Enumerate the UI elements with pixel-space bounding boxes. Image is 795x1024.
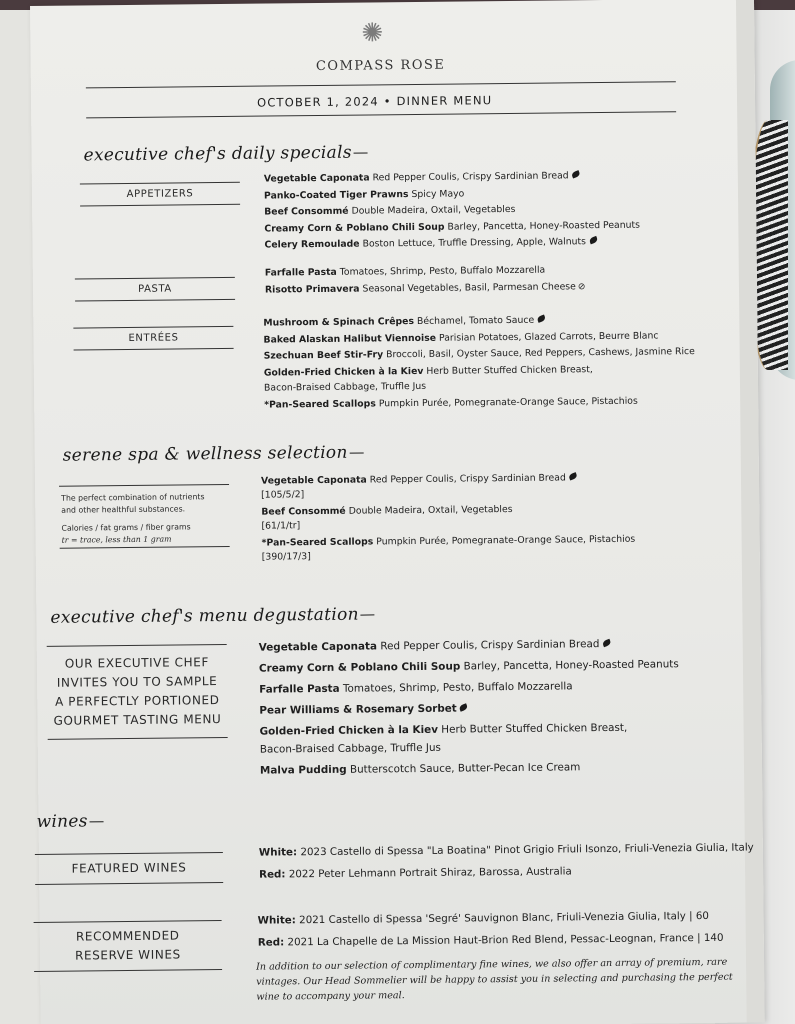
menu-item: Beef Consommé Double Madeira, Oxtail, Ve…	[261, 501, 635, 533]
spa-list: Vegetable Caponata Red Pepper Coulis, Cr…	[261, 470, 636, 567]
degustation-blurb: OUR EXECUTIVE CHEF INVITES YOU TO SAMPLE…	[47, 644, 228, 740]
leaf-icon	[602, 639, 612, 647]
menu-item: Creamy Corn & Poblano Chili Soup Barley,…	[259, 654, 679, 679]
menu-item: Golden-Fried Chicken à la Kiev Herb Butt…	[260, 717, 680, 757]
featured-wines-list: White: 2023 Castello di Spessa "La Boati…	[259, 836, 754, 885]
menu-item: Malva Pudding Butterscotch Sauce, Butter…	[260, 756, 680, 781]
section-title-spa: serene spa & wellness selection	[63, 443, 364, 466]
section-title-wines: wines	[36, 811, 103, 832]
trace-legend: tr = trace, less than 1 gram	[62, 533, 205, 547]
featured-red-wine: Red: 2022 Peter Lehmann Portrait Shiraz,…	[259, 858, 754, 885]
category-label: ENTRÉES	[73, 326, 233, 351]
leaf-icon	[459, 703, 469, 711]
menu-card: ✺ COMPASS ROSE OCTOBER 1, 2024 • DINNER …	[30, 0, 765, 1024]
category-pasta: PASTA	[75, 277, 235, 302]
divider	[86, 81, 676, 88]
menu-item: Golden-Fried Chicken à la Kiev Herb Butt…	[264, 361, 695, 395]
pasta-list: Farfalle Pasta Tomatoes, Shrimp, Pesto, …	[265, 262, 586, 299]
degustation-list: Vegetable Caponata Red Pepper Coulis, Cr…	[259, 633, 680, 781]
nutrition-values: [105/5/2]	[261, 485, 635, 502]
menu-item: *Pan-Seared Scallops Pumpkin Purée, Pome…	[262, 532, 636, 564]
sommelier-note: In addition to our selection of complime…	[256, 955, 746, 1005]
nutrition-values: [390/17/3]	[262, 547, 636, 564]
leaf-icon	[588, 236, 598, 244]
reserve-red-wine: Red: 2021 La Chapelle de La Mission Haut…	[258, 927, 724, 954]
featured-wines-label: FEATURED WINES	[35, 852, 223, 885]
no-gluten-icon: ⊘	[578, 282, 586, 292]
compass-rose-icon: ✺	[356, 17, 388, 49]
menu-item: Risotto Primavera Seasonal Vegetables, B…	[265, 279, 586, 299]
spa-description: The perfect combination of nutrients and…	[61, 491, 205, 546]
category-entrees: ENTRÉES	[73, 326, 233, 351]
restaurant-name: COMPASS ROSE	[281, 57, 481, 74]
divider	[86, 111, 676, 118]
menu-date: OCTOBER 1, 2024 • DINNER MENU	[257, 93, 492, 109]
menu-item: *Pan-Seared Scallops Pumpkin Purée, Pome…	[264, 393, 695, 414]
leaf-icon	[568, 472, 578, 480]
nutrition-legend: Calories / fat grams / fiber grams	[61, 521, 204, 535]
reserve-wines-list: White: 2021 Castello di Spessa 'Segré' S…	[257, 905, 723, 954]
category-appetizers: APPETIZERS	[80, 182, 240, 207]
entrees-list: Mushroom & Spinach Crêpes Béchamel, Toma…	[263, 311, 695, 414]
divider	[59, 484, 229, 487]
category-label: APPETIZERS	[80, 182, 240, 207]
menu-item: Celery Remoulade Boston Lettuce, Truffle…	[264, 234, 640, 255]
category-label: PASTA	[75, 277, 235, 302]
menu-item: Vegetable Caponata Red Pepper Coulis, Cr…	[261, 470, 635, 502]
section-title-daily-specials: executive chef's daily specials	[83, 142, 367, 165]
reserve-wines-label: RECOMMENDED RESERVE WINES	[34, 920, 223, 972]
appetizers-list: Vegetable Caponata Red Pepper Coulis, Cr…	[264, 168, 641, 255]
section-title-degustation: executive chef's menu degustation	[50, 604, 375, 627]
nutrition-values: [61/1/tr]	[261, 516, 635, 533]
leaf-icon	[536, 314, 546, 322]
leaf-icon	[571, 170, 581, 178]
